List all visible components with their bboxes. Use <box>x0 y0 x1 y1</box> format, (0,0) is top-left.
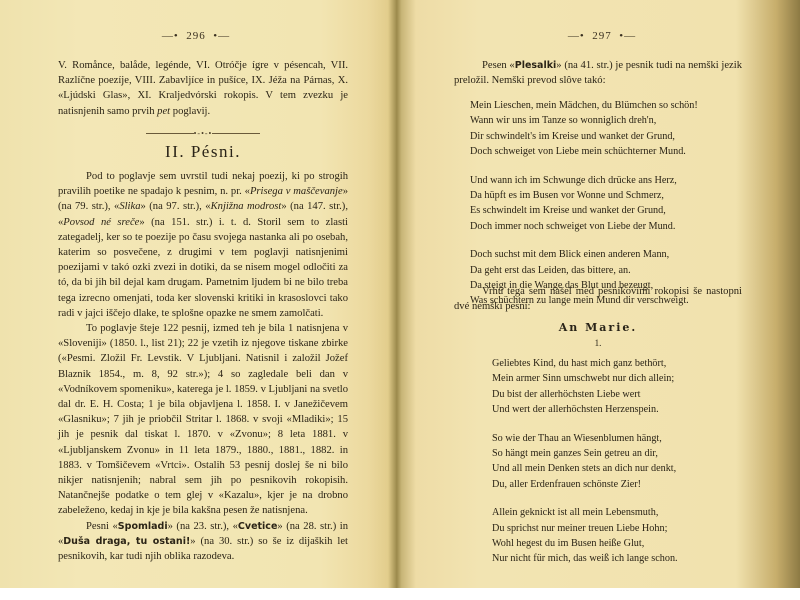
poem-line: Es schwindelt im Kreise und wanket der G… <box>470 203 698 218</box>
section-ornament: •‑•‑• <box>58 126 348 138</box>
p1-italic-1: Prisega v maščevanje <box>250 186 343 197</box>
poem-an-marie: Geliebtes Kind, du hast mich ganz bethör… <box>492 356 678 580</box>
poem-line: Doch immer noch schweiget von Liebe der … <box>470 219 698 234</box>
poem-line: Mein armer Sinn umschwebt nur dich allei… <box>492 371 678 386</box>
intro-end: poglavij. <box>173 106 210 117</box>
paragraph-3: Pesni «Spomladi» (na 23. str.), «Cvetice… <box>58 519 348 565</box>
poem-line: Doch schweiget von Liebe mein schüchtern… <box>470 144 698 159</box>
poem-line: So hängt mein ganzes Sein getreu an dir, <box>492 446 678 461</box>
poem-title: An Marie. <box>454 321 742 334</box>
poem-line: Wohl hegest du im Busen heiße Glut, <box>492 536 678 551</box>
poem-line: Allein geknickt ist all mein Lebensmuth, <box>492 505 678 520</box>
poem2-heading: An Marie. 1. <box>454 321 742 348</box>
poem-line: Du bist der allerhöchsten Liebe wert <box>492 387 678 402</box>
intro-text-1: Pesen « <box>482 60 515 71</box>
right-page: —• 297 •— Pesen «Plesalki» (na 41. str.)… <box>404 0 800 588</box>
p3-text-1: Pesni « <box>86 521 118 532</box>
page-number-value: 297 <box>592 30 612 42</box>
page-number-left: —• 296 •— <box>0 30 394 42</box>
intro-italic: pet <box>157 106 170 117</box>
paragraph-2: To poglavje šteje 122 pesnij, izmed teh … <box>58 321 348 519</box>
poem-line: Du, aller Erdenfrauen schönste Zier! <box>492 477 678 492</box>
page-number-right: —• 297 •— <box>404 30 800 42</box>
poem-number: 1. <box>454 338 742 348</box>
poem2-stanza: So wie der Thau an Wiesenblumen hängt, S… <box>492 431 678 493</box>
poem-line: Mein Lieschen, mein Mädchen, du Blümchen… <box>470 98 698 113</box>
p1-italic-3: Knjižna modrost <box>211 201 282 212</box>
book-spread: —• 296 •— V. Romånce, balåde, legénde, V… <box>0 0 800 588</box>
poem-line: Da geht erst das Leiden, das bittere, an… <box>470 263 698 278</box>
paragraph-1: Pod to poglavje sem uvrstil tudi nekaj p… <box>58 169 348 321</box>
p1-text-3: » (na 97. str.), « <box>141 201 211 212</box>
poem-line: Nur nicht für mich, das weiß ich lange s… <box>492 551 678 566</box>
poem2-stanza: Allein geknickt ist all mein Lebensmuth,… <box>492 505 678 567</box>
poem-line: Dir schwindelt's im Kreise und wanket de… <box>470 129 698 144</box>
section-title: II. Pésni. <box>58 144 348 159</box>
poem-line: Wann wir uns im Tanze so wonniglich dreh… <box>470 113 698 128</box>
poem1-stanza: Und wann ich im Schwunge dich drücke ans… <box>470 173 698 235</box>
poem-line: So wie der Thau an Wiesenblumen hängt, <box>492 431 678 446</box>
p1-italic-4: Povsod né sreče <box>63 217 139 228</box>
left-page: —• 296 •— V. Romånce, balåde, legénde, V… <box>0 0 396 588</box>
p1-italic-2: Slika <box>119 201 140 212</box>
right-intro-paragraph: Pesen «Plesalki» (na 41. str.) je pesnik… <box>454 58 742 88</box>
p3-text-2: » (na 23. str.), « <box>168 521 238 532</box>
intro-bold: Plesalki <box>515 60 557 71</box>
p3-bold-1: Spomladi <box>118 521 168 532</box>
poem2-stanza: Geliebtes Kind, du hast mich ganz bethör… <box>492 356 678 418</box>
poem-line: Geliebtes Kind, du hast mich ganz bethör… <box>492 356 678 371</box>
poem-line: Da hüpft es im Busen vor Wonne und Schme… <box>470 188 698 203</box>
poem-line: Du sprichst nur meiner treuen Liebe Hohn… <box>492 521 678 536</box>
p1-text-5: » (na 151. str.) i. t. d. Storil sem to … <box>58 217 348 319</box>
p3-bold-2: Cvetice <box>238 521 277 532</box>
poem-line: Doch suchst mit dem Blick einen anderen … <box>470 247 698 262</box>
poem1-stanza: Mein Lieschen, mein Mädchen, du Blümchen… <box>470 98 698 160</box>
poem-line: Und wert der allerhöchsten Herzenspein. <box>492 402 678 417</box>
left-page-body: V. Romånce, balåde, legénde, VI. Otróčje… <box>58 58 348 564</box>
poem-line: Und all mein Denken stets an dich nur de… <box>492 461 678 476</box>
mid-paragraph: Vrhu tega sem našel med pesnikovimi roko… <box>454 284 742 314</box>
p3-bold-3: Duša draga, tu ostani! <box>63 536 190 547</box>
bottom-margin <box>0 588 800 600</box>
page-number-value: 296 <box>186 30 206 42</box>
intro-paragraph: V. Romånce, balåde, legénde, VI. Otróčje… <box>58 58 348 119</box>
poem-line: Und wann ich im Schwunge dich drücke ans… <box>470 173 698 188</box>
